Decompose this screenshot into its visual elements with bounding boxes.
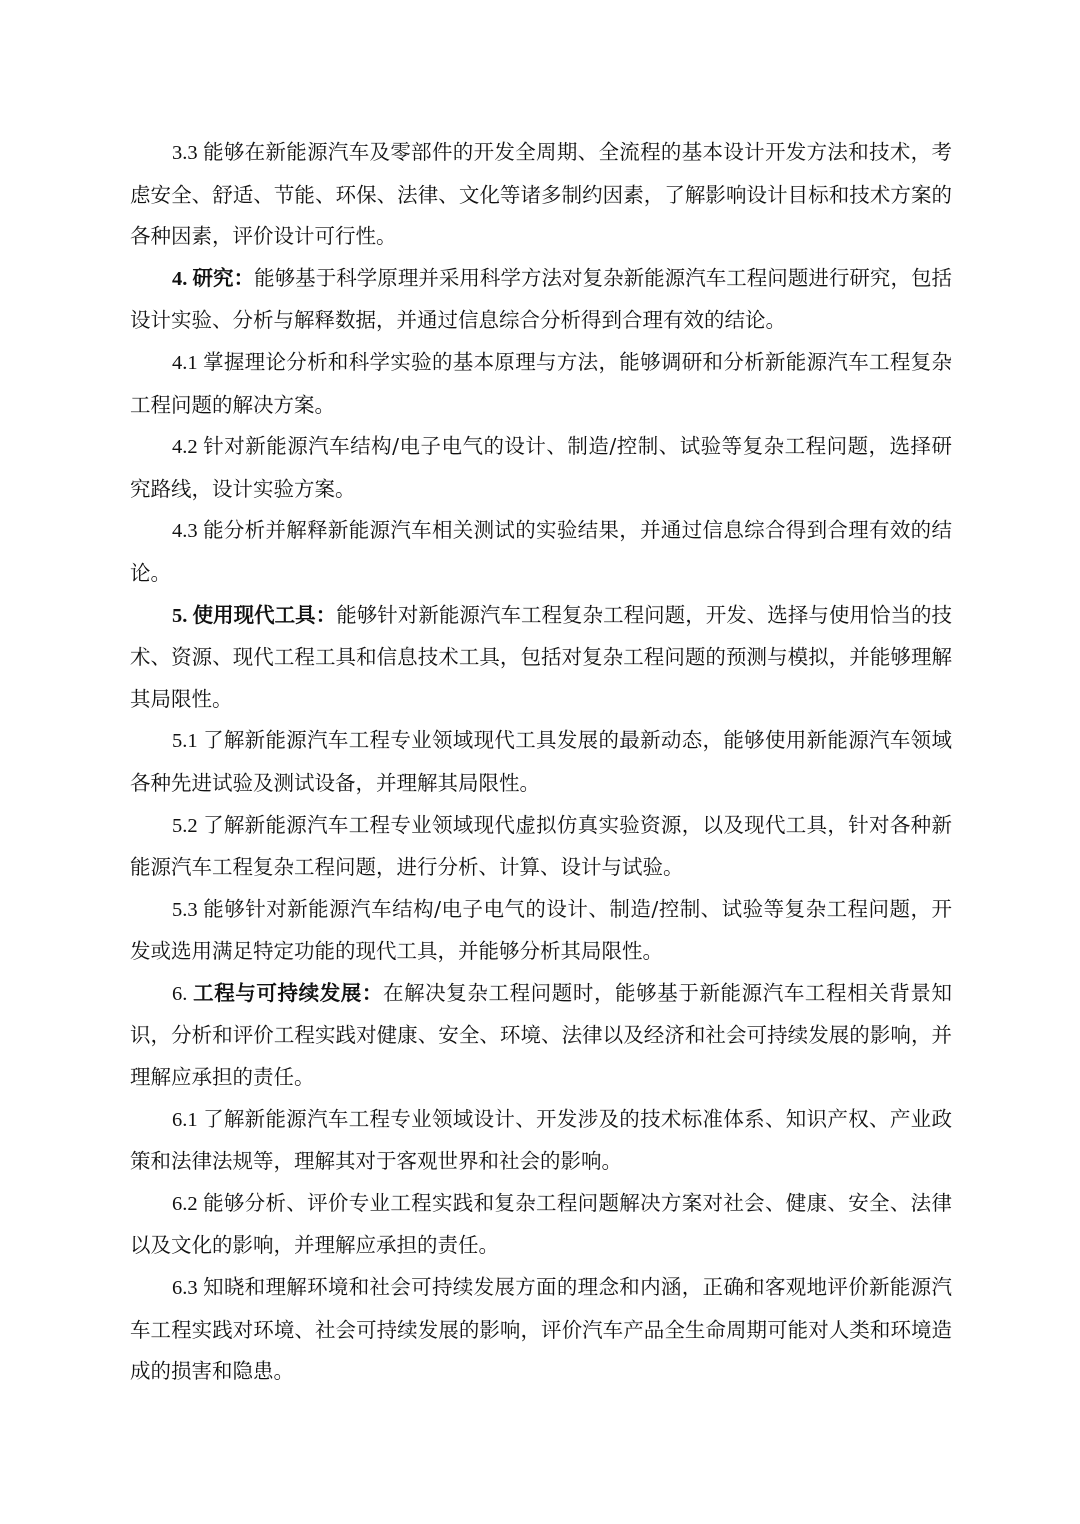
item-number: 5.3	[172, 899, 203, 921]
paragraph-text: 能够分析、评价专业工程实践和复杂工程问题解决方案对社会、健康、安全、法律以及文化…	[130, 1191, 952, 1258]
item-number: 6.1	[172, 1109, 203, 1131]
section-6-sustainability: 6. 工程与可持续发展：在解决复杂工程问题时，能够基于新能源汽车工程相关背景知识…	[130, 973, 952, 1099]
section-4-research: 4. 研究：能够基于科学原理并采用科学方法对复杂新能源汽车工程问题进行研究，包括…	[130, 258, 952, 342]
paragraph-text: 了解新能源汽车工程专业领域设计、开发涉及的技术标准体系、知识产权、产业政策和法律…	[130, 1107, 952, 1174]
paragraph-5-2: 5.2 了解新能源汽车工程专业领域现代虚拟仿真实验资源，以及现代工具，针对各种新…	[130, 805, 952, 889]
paragraph-text: 能够针对新能源汽车结构/电子电气的设计、制造/控制、试验等复杂工程问题，开发或选…	[130, 897, 952, 964]
paragraph-text: 知晓和理解环境和社会可持续发展方面的理念和内涵，正确和客观地评价新能源汽车工程实…	[130, 1275, 952, 1383]
paragraph-6-3: 6.3 知晓和理解环境和社会可持续发展方面的理念和内涵，正确和客观地评价新能源汽…	[130, 1267, 952, 1393]
paragraph-text: 能够在新能源汽车及零部件的开发全周期、全流程的基本设计开发方法和技术，考虑安全、…	[130, 140, 952, 248]
item-number: 4.1	[172, 352, 203, 374]
paragraph-4-2: 4.2 针对新能源汽车结构/电子电气的设计、制造/控制、试验等复杂工程问题，选择…	[130, 426, 952, 510]
paragraph-4-3: 4.3 能分析并解释新能源汽车相关测试的实验结果，并通过信息综合得到合理有效的结…	[130, 510, 952, 594]
paragraph-5-3: 5.3 能够针对新能源汽车结构/电子电气的设计、制造/控制、试验等复杂工程问题，…	[130, 889, 952, 973]
item-number: 4.3	[172, 520, 203, 542]
paragraph-text: 了解新能源汽车工程专业领域现代虚拟仿真实验资源，以及现代工具，针对各种新能源汽车…	[130, 813, 952, 880]
paragraph-3-3: 3.3 能够在新能源汽车及零部件的开发全周期、全流程的基本设计开发方法和技术，考…	[130, 132, 952, 258]
paragraph-text: 能分析并解释新能源汽车相关测试的实验结果，并通过信息综合得到合理有效的结论。	[130, 518, 952, 585]
item-number: 6.3	[172, 1277, 203, 1299]
paragraph-6-2: 6.2 能够分析、评价专业工程实践和复杂工程问题解决方案对社会、健康、安全、法律…	[130, 1183, 952, 1267]
item-number: 5.1	[172, 730, 203, 752]
section-5-modern-tools: 5. 使用现代工具：能够针对新能源汽车工程复杂工程问题，开发、选择与使用恰当的技…	[130, 595, 952, 721]
document-page: 3.3 能够在新能源汽车及零部件的开发全周期、全流程的基本设计开发方法和技术，考…	[130, 132, 952, 1393]
item-number: 4.2	[172, 436, 203, 458]
section-title: 使用现代工具：	[193, 603, 337, 627]
paragraph-text: 能够基于科学原理并采用科学方法对复杂新能源汽车工程问题进行研究，包括设计实验、分…	[130, 266, 952, 333]
paragraph-text: 掌握理论分析和科学实验的基本原理与方法，能够调研和分析新能源汽车工程复杂工程问题…	[130, 350, 952, 417]
paragraph-text: 针对新能源汽车结构/电子电气的设计、制造/控制、试验等复杂工程问题，选择研究路线…	[130, 434, 952, 501]
item-number: 5.2	[172, 815, 203, 837]
section-number: 5.	[172, 605, 193, 627]
paragraph-text: 了解新能源汽车工程专业领域现代工具发展的最新动态，能够使用新能源汽车领域各种先进…	[130, 728, 952, 795]
section-number: 4.	[172, 268, 193, 290]
section-title: 研究：	[193, 266, 255, 290]
item-number: 6.2	[172, 1193, 203, 1215]
section-title: 工程与可持续发展：	[193, 981, 383, 1005]
section-number: 6.	[172, 983, 193, 1005]
item-number: 3.3	[172, 142, 203, 164]
paragraph-4-1: 4.1 掌握理论分析和科学实验的基本原理与方法，能够调研和分析新能源汽车工程复杂…	[130, 342, 952, 426]
paragraph-6-1: 6.1 了解新能源汽车工程专业领域设计、开发涉及的技术标准体系、知识产权、产业政…	[130, 1099, 952, 1183]
paragraph-5-1: 5.1 了解新能源汽车工程专业领域现代工具发展的最新动态，能够使用新能源汽车领域…	[130, 720, 952, 804]
